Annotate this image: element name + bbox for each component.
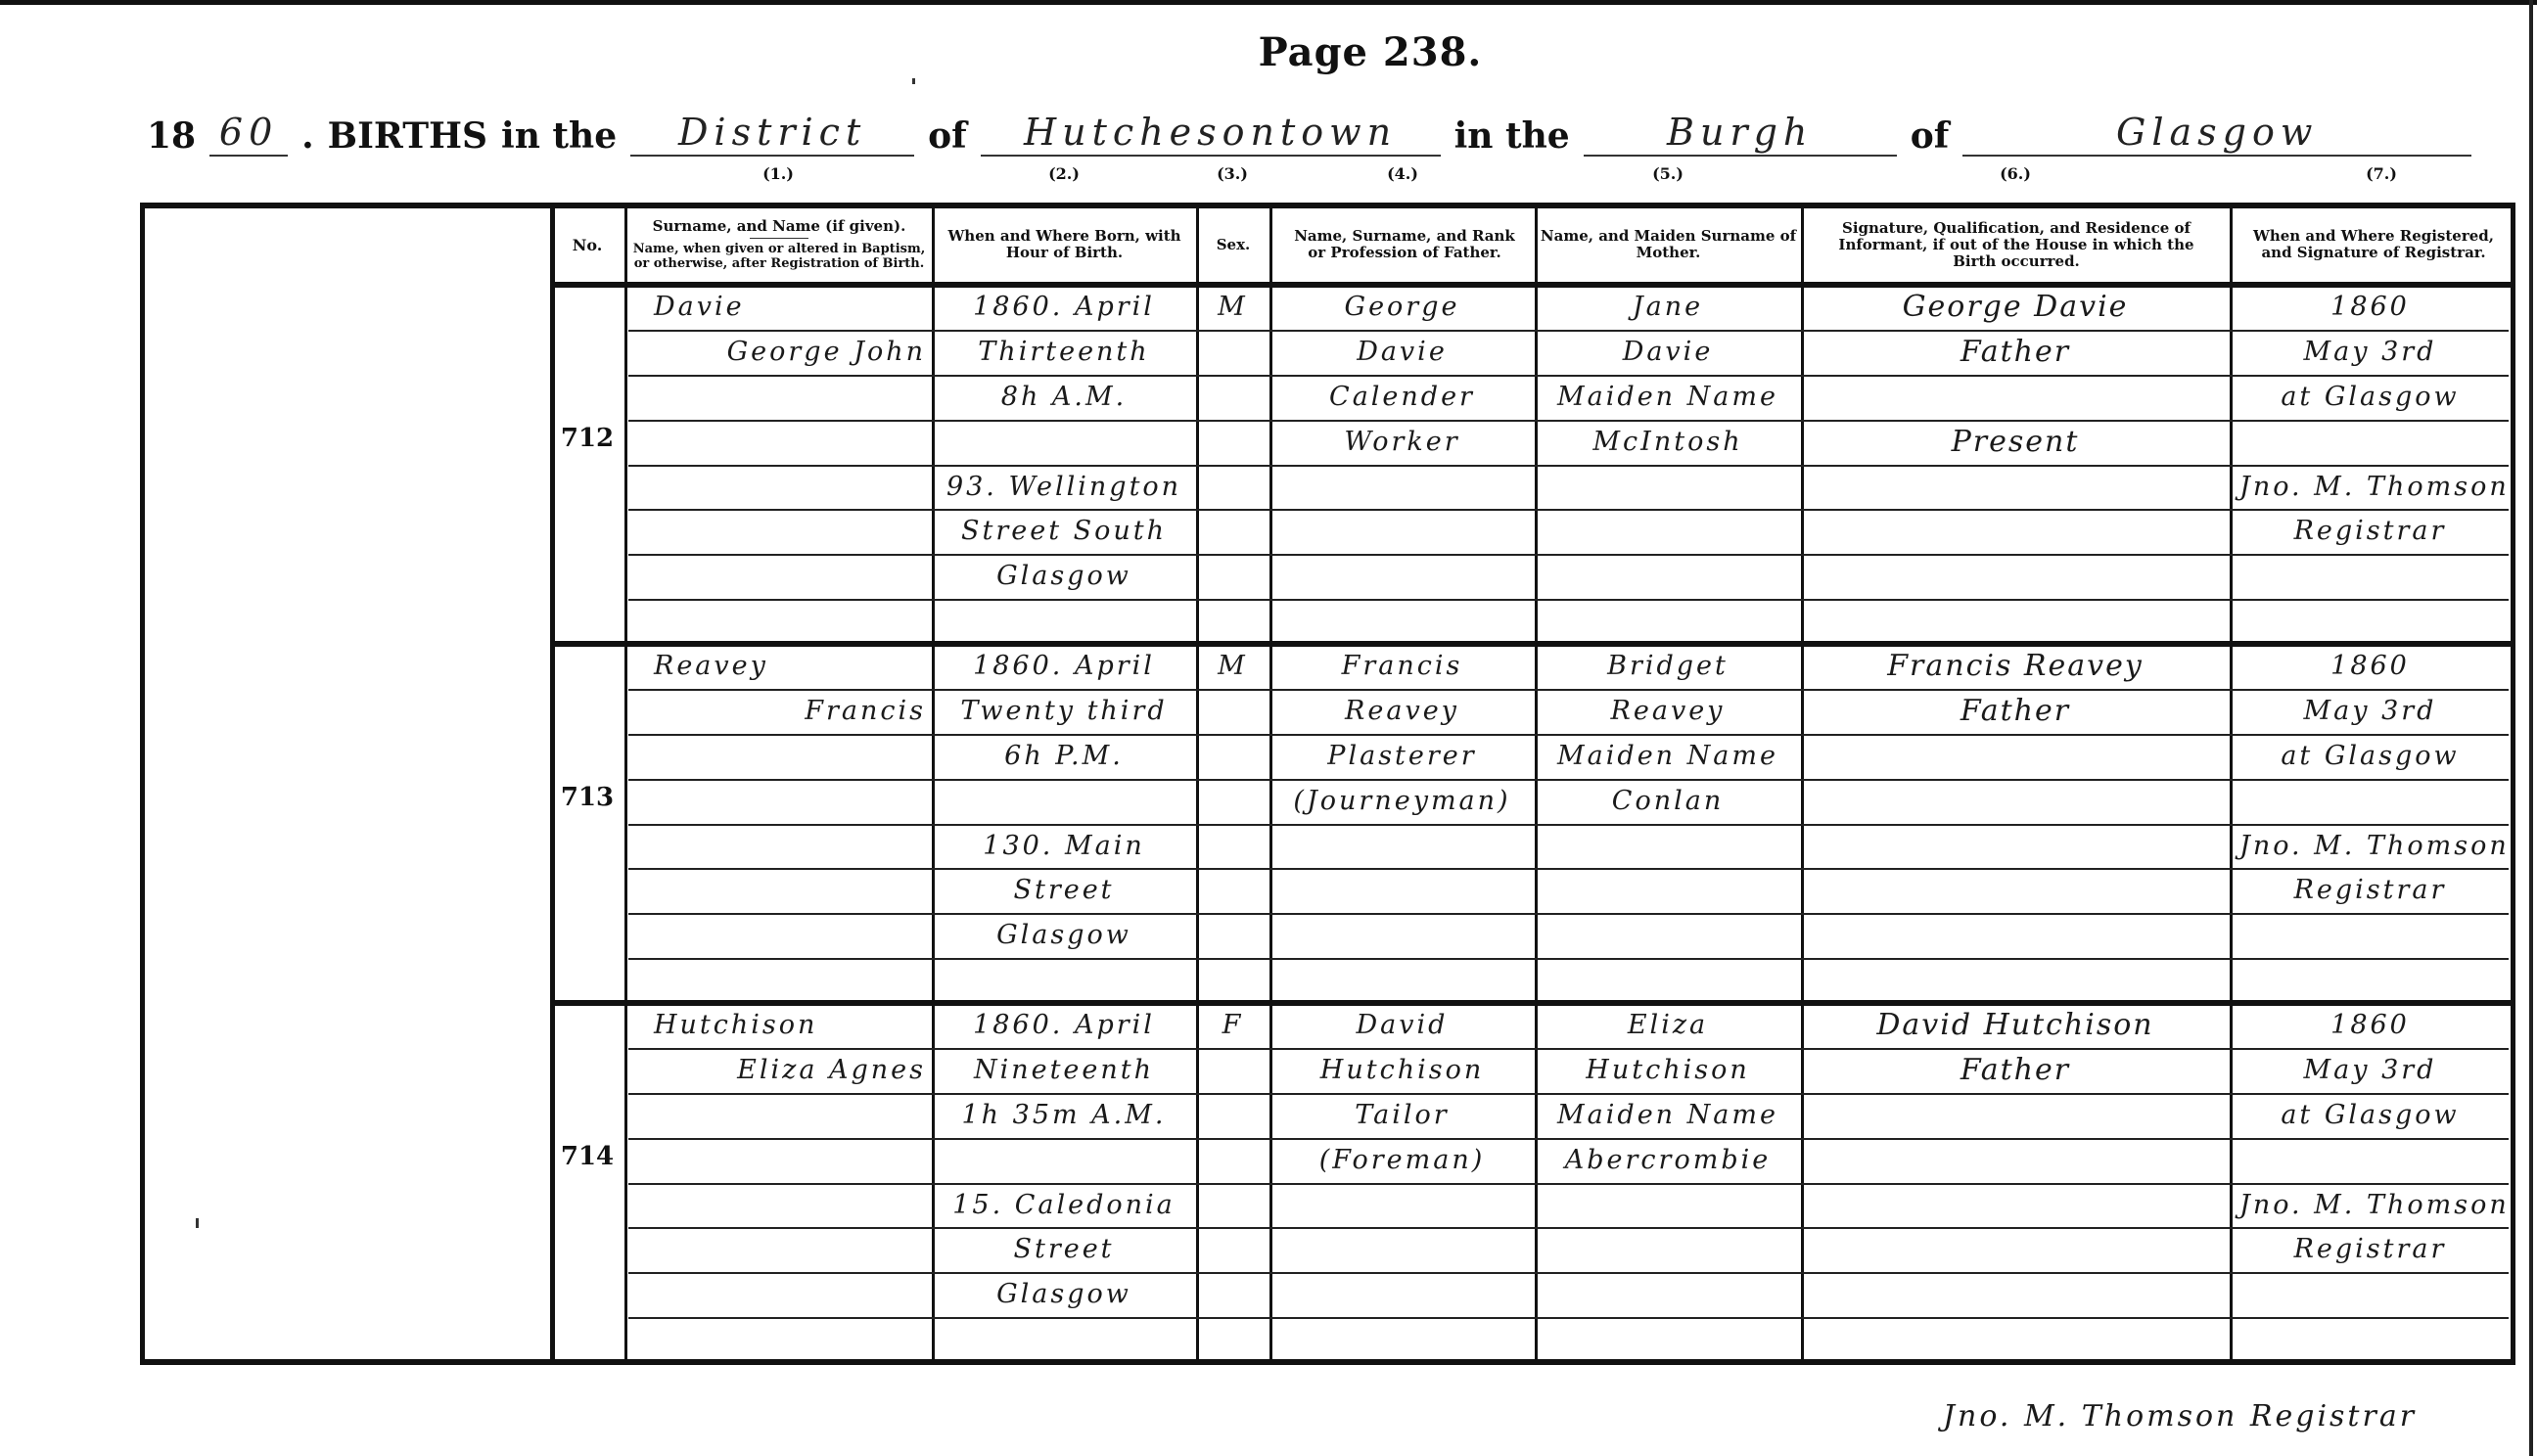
birth-date-place: 15. Caledonia xyxy=(942,1184,1186,1227)
birth-date-place: Twenty third xyxy=(942,690,1186,733)
year-prefix: 18 xyxy=(147,115,196,157)
column-number-6: (6.) xyxy=(1986,164,2045,183)
mother-details: Maiden Name xyxy=(1545,1094,1791,1137)
birth-date-place: 1860. April xyxy=(942,645,1186,688)
birth-date-place: Nineteenth xyxy=(942,1049,1186,1092)
table-bottom-border xyxy=(140,1359,2515,1365)
entry-number: 713 xyxy=(553,783,622,812)
ruled-line xyxy=(628,958,2509,960)
child-sex: M xyxy=(1196,286,1269,329)
birth-date-place: 1h 35m A.M. xyxy=(942,1094,1186,1137)
mother-details: Davie xyxy=(1545,331,1791,374)
heading-of-2: of xyxy=(1911,115,1950,157)
birth-date-place: Street South xyxy=(942,510,1186,553)
child-given-name: Eliza Agnes xyxy=(634,1049,926,1092)
header-name-rule xyxy=(750,238,808,239)
table-top-border xyxy=(140,203,2515,208)
mother-details: Abercrombie xyxy=(1545,1139,1791,1182)
father-details: Reavey xyxy=(1279,690,1525,733)
child-surname: Davie xyxy=(654,286,922,329)
header-born: When and Where Born, with Hour of Birth. xyxy=(940,207,1189,282)
registration-details: at Glasgow xyxy=(2239,1094,2501,1137)
registration-details: 1860 xyxy=(2239,645,2501,688)
mother-details: Eliza xyxy=(1545,1004,1791,1047)
entry-number: 712 xyxy=(553,424,622,453)
registration-details: Registrar xyxy=(2239,869,2501,912)
birth-date-place: Glasgow xyxy=(942,555,1186,598)
header-name-sub: Name, when given or altered in Baptism, … xyxy=(628,242,930,271)
ink-mark xyxy=(912,78,915,84)
ruled-line xyxy=(628,1317,2509,1319)
heading-in-the-2: in the xyxy=(1454,115,1570,157)
ink-mark xyxy=(196,1218,199,1228)
child-sex: F xyxy=(1196,1004,1269,1047)
registration-details: May 3rd xyxy=(2239,331,2501,374)
birth-date-place: Glasgow xyxy=(942,1273,1186,1316)
ruled-line xyxy=(628,599,2509,601)
child-surname: Hutchison xyxy=(654,1004,922,1047)
registration-details: at Glasgow xyxy=(2239,735,2501,778)
birth-date-place: 1860. April xyxy=(942,1004,1186,1047)
mother-details: Maiden Name xyxy=(1545,376,1791,419)
registration-details: May 3rd xyxy=(2239,1049,2501,1092)
ruled-line xyxy=(628,554,2509,556)
column-number-5: (5.) xyxy=(1638,164,1697,183)
registration-details: May 3rd xyxy=(2239,690,2501,733)
ruled-line xyxy=(628,868,2509,870)
registration-details: at Glasgow xyxy=(2239,376,2501,419)
father-details: (Journeyman) xyxy=(1279,780,1525,823)
informant-signature: George Davie xyxy=(1811,286,2220,329)
ruled-line xyxy=(628,913,2509,915)
father-details: Hutchison xyxy=(1279,1049,1525,1092)
top-border xyxy=(0,0,2537,5)
birth-date-place: Street xyxy=(942,869,1186,912)
birth-date-place: 130. Main xyxy=(942,825,1186,868)
informant-signature: Father xyxy=(1811,1049,2220,1092)
column-number-1: (1.) xyxy=(749,164,807,183)
mother-details: Hutchison xyxy=(1545,1049,1791,1092)
father-details: George xyxy=(1279,286,1525,329)
informant-signature: Father xyxy=(1811,690,2220,733)
district-field: Hutchesontown xyxy=(981,110,1441,157)
informant-signature: Present xyxy=(1811,421,2220,464)
mother-details: Bridget xyxy=(1545,645,1791,688)
column-number-4: (4.) xyxy=(1373,164,1432,183)
header-informant: Signature, Qualification, and Residence … xyxy=(1830,207,2202,282)
mother-details: Reavey xyxy=(1545,690,1791,733)
mother-details: Jane xyxy=(1545,286,1791,329)
father-details: Plasterer xyxy=(1279,735,1525,778)
informant-signature: David Hutchison xyxy=(1811,1004,2220,1047)
column-rule xyxy=(2511,203,2515,1362)
registration-details: 1860 xyxy=(2239,1004,2501,1047)
header-sex: Sex. xyxy=(1199,207,1268,282)
place-type-field: Burgh xyxy=(1584,110,1897,157)
header-mother: Name, and Maiden Surname of Mother. xyxy=(1539,207,1798,282)
ruled-line xyxy=(628,1272,2509,1274)
registration-details: Jno. M. Thomson xyxy=(2239,466,2501,509)
ruled-line xyxy=(628,1227,2509,1229)
registration-details: Jno. M. Thomson xyxy=(2239,1184,2501,1227)
father-details: Francis xyxy=(1279,645,1525,688)
father-details: Worker xyxy=(1279,421,1525,464)
mother-details: Maiden Name xyxy=(1545,735,1791,778)
column-number-3: (3.) xyxy=(1203,164,1262,183)
child-given-name: Francis xyxy=(634,690,926,733)
column-number-2: (2.) xyxy=(1035,164,1093,183)
page-number: Page 238. xyxy=(1126,29,1615,75)
header-no: No. xyxy=(553,207,622,282)
ruled-line xyxy=(628,824,2509,826)
birth-date-place: Glasgow xyxy=(942,914,1186,957)
child-surname: Reavey xyxy=(654,645,922,688)
father-details: Calender xyxy=(1279,376,1525,419)
birth-date-place: 8h A.M. xyxy=(942,376,1186,419)
ruled-line xyxy=(628,1183,2509,1185)
place-field: Glasgow xyxy=(1962,110,2471,157)
heading-births: BIRTHS xyxy=(328,115,487,157)
father-details: Davie xyxy=(1279,331,1525,374)
column-number-7: (7.) xyxy=(2352,164,2411,183)
heading-in-the-1: in the xyxy=(501,115,617,157)
birth-date-place: Street xyxy=(942,1228,1186,1271)
registration-details: Jno. M. Thomson xyxy=(2239,825,2501,868)
entry-number: 714 xyxy=(553,1142,622,1171)
father-details: (Foreman) xyxy=(1279,1139,1525,1182)
division-type-field: District xyxy=(630,110,914,157)
registration-details: 1860 xyxy=(2239,286,2501,329)
register-heading: 18 60 . BIRTHS in the District of Hutche… xyxy=(147,98,2485,157)
column-rule xyxy=(624,203,627,1362)
mother-details: Conlan xyxy=(1545,780,1791,823)
heading-dot: . xyxy=(301,115,314,157)
informant-signature: Father xyxy=(1811,331,2220,374)
header-name: Surname, and Name (if given). Name, when… xyxy=(628,207,930,282)
heading-of-1: of xyxy=(928,115,967,157)
ruled-line xyxy=(628,465,2509,467)
father-details: David xyxy=(1279,1004,1525,1047)
column-rule xyxy=(140,203,145,1362)
birth-date-place: 93. Wellington xyxy=(942,466,1186,509)
registration-details: Registrar xyxy=(2239,1228,2501,1271)
header-registered: When and Where Registered, and Signature… xyxy=(2251,207,2496,282)
right-border xyxy=(2529,0,2533,1456)
father-details: Tailor xyxy=(1279,1094,1525,1137)
informant-signature: Francis Reavey xyxy=(1811,645,2220,688)
child-sex: M xyxy=(1196,645,1269,688)
registration-details: Registrar xyxy=(2239,510,2501,553)
child-given-name: George John xyxy=(634,331,926,374)
registrar-signature: Jno. M. Thomson Registrar xyxy=(1943,1399,2417,1433)
ruled-line xyxy=(628,509,2509,511)
year-suffix-field: 60 xyxy=(209,110,288,157)
birth-date-place: 1860. April xyxy=(942,286,1186,329)
birth-date-place: Thirteenth xyxy=(942,331,1186,374)
mother-details: McIntosh xyxy=(1545,421,1791,464)
birth-date-place: 6h P.M. xyxy=(942,735,1186,778)
header-father: Name, Surname, and Rank or Profession of… xyxy=(1287,207,1522,282)
header-name-main: Surname, and Name (if given). xyxy=(653,218,906,235)
